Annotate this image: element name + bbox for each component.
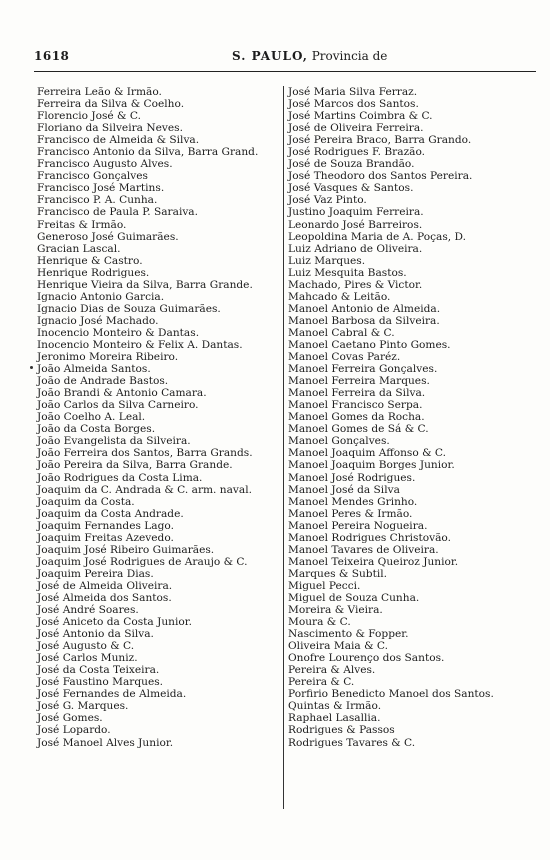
directory-entry: José Faustino Marques. [37,676,281,688]
directory-entry: Inocencio Monteiro & Dantas. [37,327,281,339]
directory-page: 1618 S. PAULO, Provincia de Ferreira Leã… [0,0,550,860]
directory-entry: José Marcos dos Santos. [288,98,538,110]
directory-entry: José Almeida dos Santos. [37,592,281,604]
directory-entry: Manoel José da Silva [288,484,538,496]
directory-entry: José André Soares. [37,604,281,616]
directory-entry: José G. Marques. [37,700,281,712]
directory-entry: Ignacio Antonio Garcia. [37,291,281,303]
directory-entry: José de Almeida Oliveira. [37,580,281,592]
directory-entry: Justino Joaquim Ferreira. [288,206,538,218]
directory-entry: João Ferreira dos Santos, Barra Grands. [37,447,281,459]
directory-entry: Francisco José Martins. [37,182,281,194]
page-header: 1618 S. PAULO, Provincia de [34,49,536,69]
directory-entry: Manoel Ferreira Gonçalves. [288,363,538,375]
directory-entry: Joaquim da C. Andrada & C. arm. naval. [37,484,281,496]
directory-entry: José Fernandes de Almeida. [37,688,281,700]
directory-entry: Henrique & Castro. [37,255,281,267]
directory-entry: José Vaz Pinto. [288,194,538,206]
directory-entry: Moura & C. [288,616,538,628]
directory-entry: Ignacio Dias de Souza Guimarães. [37,303,281,315]
directory-entry: José Antonio da Silva. [37,628,281,640]
directory-entry: Manoel Francisco Serpa. [288,399,538,411]
directory-entry: Manoel Teixeira Queiroz Junior. [288,556,538,568]
directory-entry: Raphael Lasallia. [288,712,538,724]
directory-entry: José Maria Silva Ferraz. [288,86,538,98]
directory-entry: Manoel José Rodrigues. [288,472,538,484]
directory-entry: José Augusto & C. [37,640,281,652]
directory-entry: Onofre Lourenço dos Santos. [288,652,538,664]
directory-entry: Francisco Antonio da Silva, Barra Grand. [37,146,281,158]
directory-entry: João Brandi & Antonio Camara. [37,387,281,399]
directory-entry: Francisco de Almeida & Silva. [37,134,281,146]
directory-entry: João da Costa Borges. [37,423,281,435]
directory-entry: Jeronimo Moreira Ribeiro. [37,351,281,363]
directory-entry: Joaquim da Costa Andrade. [37,508,281,520]
directory-entry: Manoel Barbosa da Silveira. [288,315,538,327]
directory-entry: João Rodrigues da Costa Lima. [37,472,281,484]
header-rule [34,71,536,72]
directory-entry: Oliveira Maia & C. [288,640,538,652]
directory-entry: Mahcado & Leitão. [288,291,538,303]
directory-entry: José Theodoro dos Santos Pereira. [288,170,538,182]
directory-entry: José Martins Coimbra & C. [288,110,538,122]
directory-entry: Rodrigues & Passos [288,724,538,736]
directory-entry: Leopoldina Maria de A. Poças, D. [288,231,538,243]
directory-entry: Manoel Ferreira Marques. [288,375,538,387]
directory-entry: Henrique Vieira da Silva, Barra Grande. [37,279,281,291]
directory-entry: João de Andrade Bastos. [37,375,281,387]
directory-entry: Leonardo José Barreiros. [288,219,538,231]
directory-entry: José Rodrigues F. Brazão. [288,146,538,158]
directory-entry: Inocencio Monteiro & Felix A. Dantas. [37,339,281,351]
directory-entry: Manoel Pereira Nogueira. [288,520,538,532]
directory-entry: Floriano da Silveira Neves. [37,122,281,134]
directory-entry: João Pereira da Silva, Barra Grande. [37,459,281,471]
page-number: 1618 [34,49,69,63]
directory-entry: Ferreira da Silva & Coelho. [37,98,281,110]
print-speck [30,366,33,369]
directory-entry: Manoel Rodrigues Christovão. [288,532,538,544]
directory-entry: João Almeida Santos. [37,363,281,375]
directory-entry: José de Oliveira Ferreira. [288,122,538,134]
directory-entry: Pereira & Alves. [288,664,538,676]
directory-entry: Manoel Ferreira da Silva. [288,387,538,399]
directory-entry: Florencio José & C. [37,110,281,122]
directory-entry: Luiz Adriano de Oliveira. [288,243,538,255]
directory-entry: Francisco Augusto Alves. [37,158,281,170]
directory-entry: Joaquim Freitas Azevedo. [37,532,281,544]
directory-entry: José Vasques & Santos. [288,182,538,194]
directory-entry: Manoel Antonio de Almeida. [288,303,538,315]
directory-entry: Manoel Joaquim Affonso & C. [288,447,538,459]
directory-entry: Joaquim José Rodrigues de Araujo & C. [37,556,281,568]
directory-entry: Moreira & Vieira. [288,604,538,616]
running-title-rest: Provincia de [308,49,388,63]
directory-entry: Porfirio Benedicto Manoel dos Santos. [288,688,538,700]
directory-entry: Freitas & Irmão. [37,219,281,231]
directory-entry: José Gomes. [37,712,281,724]
directory-entry: José de Souza Brandão. [288,158,538,170]
directory-entry: Manoel Covas Paréz. [288,351,538,363]
directory-entry: José Aniceto da Costa Junior. [37,616,281,628]
directory-entry: Francisco de Paula P. Saraiva. [37,206,281,218]
directory-entry: Manoel Tavares de Oliveira. [288,544,538,556]
directory-entry: Henrique Rodrigues. [37,267,281,279]
column-divider [283,86,284,809]
directory-entry: Pereira & C. [288,676,538,688]
directory-entry: João Evangelista da Silveira. [37,435,281,447]
directory-entry: Ignacio José Machado. [37,315,281,327]
directory-entry: Miguel Pecci. [288,580,538,592]
directory-entry: Quintas & Irmão. [288,700,538,712]
directory-entry: João Carlos da Silva Carneiro. [37,399,281,411]
directory-entry: Francisco Gonçalves [37,170,281,182]
directory-entry: Joaquim Fernandes Lago. [37,520,281,532]
directory-entry: Manoel Joaquim Borges Junior. [288,459,538,471]
running-title: S. PAULO, Provincia de [232,49,387,63]
directory-entry: Manoel Mendes Grinho. [288,496,538,508]
directory-entry: Manoel Peres & Irmão. [288,508,538,520]
directory-entry: Gracian Lascal. [37,243,281,255]
directory-entry: Manoel Gomes da Rocha. [288,411,538,423]
directory-entry: Joaquim José Ribeiro Guimarães. [37,544,281,556]
directory-entry: Rodrigues Tavares & C. [288,737,538,749]
directory-entry: Joaquim da Costa. [37,496,281,508]
directory-entry: Machado, Pires & Victor. [288,279,538,291]
directory-entry: Nascimento & Fopper. [288,628,538,640]
left-column: Ferreira Leão & Irmão.Ferreira da Silva … [37,86,281,749]
directory-entry: Manoel Cabral & C. [288,327,538,339]
directory-entry: José da Costa Teixeira. [37,664,281,676]
directory-entry: Manoel Gonçalves. [288,435,538,447]
directory-entry: Generoso José Guimarães. [37,231,281,243]
directory-entry: José Manoel Alves Junior. [37,737,281,749]
right-column: José Maria Silva Ferraz.José Marcos dos … [286,86,538,749]
running-title-city: S. PAULO, [232,49,308,63]
directory-entry: Francisco P. A. Cunha. [37,194,281,206]
directory-entry: Manoel Caetano Pinto Gomes. [288,339,538,351]
directory-entry: Luiz Mesquita Bastos. [288,267,538,279]
directory-entry: João Coelho A. Leal. [37,411,281,423]
directory-entry: José Carlos Muniz. [37,652,281,664]
directory-entry: Miguel de Souza Cunha. [288,592,538,604]
directory-entry: Marques & Subtil. [288,568,538,580]
directory-entry: José Lopardo. [37,724,281,736]
directory-entry: Manoel Gomes de Sá & C. [288,423,538,435]
directory-entry: Luiz Marques. [288,255,538,267]
directory-entry: Ferreira Leão & Irmão. [37,86,281,98]
directory-entry: José Pereira Braco, Barra Grando. [288,134,538,146]
directory-entry: Joaquim Pereira Dias. [37,568,281,580]
